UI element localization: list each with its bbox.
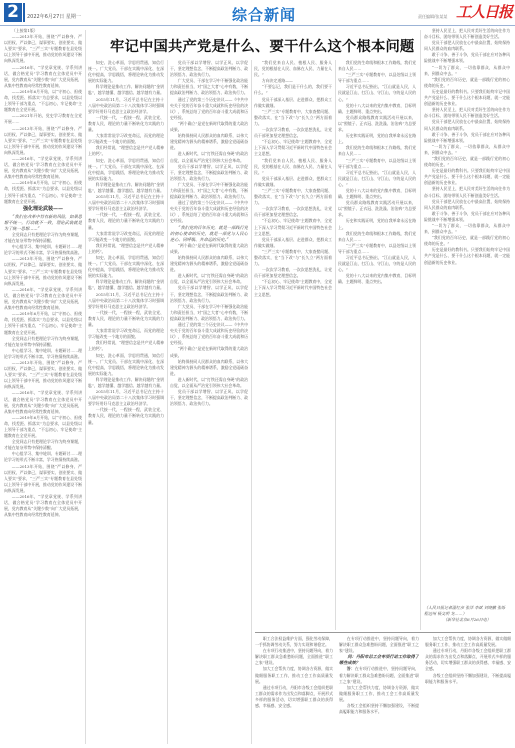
- paragraph: 党员群众路线教育实践活动开展以来，以“照镜子、正衣冠、洗洗澡、治治病”为总要求。: [338, 115, 416, 133]
- paragraph: “两个确立”是党在新时代取得的重大政治成果。: [170, 243, 248, 255]
- article-byline: （人民日报记者温红彦 张洋 李斌 刘晓鹏 张烁 程远州 杨文明 龙……） （新华…: [424, 605, 510, 623]
- paragraph: 通过了党的第三个历史决议——《中共中央关于党的百年奋斗重大成就和历史经验的决议》…: [170, 322, 248, 346]
- paragraph: 全党同志只有把理论学习作为终身课题，才能在复杂形势中保持清醒。: [4, 336, 82, 348]
- paragraph: 敢于斗争、善于斗争，党员干部在应对各种风险挑战中不断增强本领。: [424, 52, 510, 64]
- paragraph: 2015年11月，习近平总书记在主持十八届中央政治局第二十八次集体学习时强调要学…: [88, 389, 164, 407]
- paragraph: 科学理论是推动工作、解决问题的“金钥匙”，越学越懂、越学越信、越学越有力量。: [88, 377, 164, 389]
- interview-column-1: 职工合法权益维护方面，强化劳动保障，一手抓协调劳动关系，努力实现和谐稳定。 在专…: [255, 636, 333, 744]
- paragraph: 历史是最好的教科书。只要我们始终牢记中国共产党是什么、要干什么这个根本问题，就一…: [424, 247, 510, 265]
- paragraph: ——2016年，“学党章党规、学系列讲话，做合格党员”学习教育在全体党员中开展，…: [4, 65, 82, 89]
- paragraph: 党员干部把人民放在心中最高位置，始终保持同人民群众的血肉联系。: [424, 40, 510, 52]
- subheading: 强化理论武装——: [4, 205, 82, 214]
- paragraph: ——2019年6月开始，以“守初心、担使命，找差距、抓落实”为总要求，以县处级以…: [4, 415, 82, 439]
- paragraph: 一代接一代，一程接一程，武装全党、教育人民，理论的力量不断转化为实践的力量。: [88, 310, 164, 328]
- paragraph: 各级工会组织坚持不懈加强建设，不断提高履职能力和服务水平。: [425, 673, 511, 685]
- paragraph: 通过专项行动，丹阳市各级工会组织把职工群众的需求作为出发点和落脚点，开展形式多样…: [425, 648, 511, 672]
- paragraph: “两个确立”是党在新时代取得的重大政治成果。: [170, 121, 248, 133]
- paragraph: 一代接一代，一程接一程，武装全党、教育人民，理论的力量不断转化为实践的力量。: [88, 212, 164, 230]
- paragraph: “两个确立”是党在新时代取得的重大政治成果。: [170, 346, 248, 358]
- paragraph: 大家常常说学习改变命运，而党的理论学习能改变一个地方的面貌。: [88, 133, 164, 145]
- paragraph: 党员群众路线教育实践活动开展以来，以“照镜子、正衣冠、洗洗澡、治治病”为总要求。: [338, 200, 416, 218]
- newspaper-logo: 工人日报: [456, 1, 512, 22]
- paragraph: 加大工会帮扶力度，协调各方资源，做实做细服务职工工作，推动工会工作高质量发展。: [425, 636, 511, 648]
- paragraph: 党员干部深入基层、走进群众，把群众工作做实做细。: [254, 237, 332, 249]
- paragraph: 广大党员、干部在学习中不断强化政治能力和责任担当，对“国之大者”心中有数，不断提…: [170, 78, 248, 96]
- paragraph: 始终保持同人民群众的血肉联系，以伟大建党精神为源头的精神谱系，激励全党砥砺奋进。: [170, 359, 248, 377]
- paragraph: “一切为了群众，一切依靠群众，从群众中来，到群众中去。”: [424, 65, 510, 77]
- article-column-6: 坚持人民至上，把人民对美好生活的向往作为奋斗目标，团结带领人民不断创造美好生活。…: [424, 28, 510, 603]
- paragraph: 党员干部以学增智、以学正风、以学促干，坚定理想信念，不断提高政治判断力、政治领悟…: [170, 285, 248, 303]
- paragraph: 党员干部把人民放在心中最高位置，始终保持同人民群众的血肉联系。: [424, 199, 510, 211]
- paragraph: 我们党的生命线和根本工作路线，我们党来自人民……: [338, 231, 416, 243]
- paragraph: 中心组学习、集中轮训、专题研讨……理论学习的形式不断丰富，学习热情持续高涨。: [4, 244, 82, 256]
- paragraph: 习近平总书记指出，“江山就是人民，人民就是江山，打江山、守江山，守的是人民的心。…: [338, 255, 416, 273]
- paragraph: 科学理论是推动工作、解决问题的“金钥匙”，越学越懂、越学越信、越学越有力量。: [88, 84, 164, 96]
- paragraph: 敢于斗争、善于斗争，党员干部在应对各种风险挑战中不断增强本领。: [424, 132, 510, 144]
- pull-quote: “我们在改革中将有新的风险，如果思想不统一，行动就不一致，理论武装就是为了统一思…: [4, 214, 82, 232]
- paragraph: ——2013年开始，围绕“严以修身、严以用权、严以律己，谋事要实、创业要实、做人…: [4, 34, 82, 64]
- paragraph: “不忘初心、牢记使命”主题教育中，全党上下深入学习贯彻习近平新时代中国特色社会主…: [254, 139, 332, 157]
- paragraph: 大家常常说学习改变命运，而党的理论学习能改变一个地方的面貌。: [88, 328, 164, 340]
- paragraph: 知史、洗心革面，学思用贯通，知信行统一。广大党员、干部在实践中深化、在深化中提高…: [88, 60, 164, 84]
- paragraph: 坚持人民至上，把人民对美好生活的向往作为奋斗目标，团结带领人民不断创造美好生活。: [424, 186, 510, 198]
- paragraph: ——2019年6月开始，以“守初心、担使命，找差距、抓落实”为总要求，以县处级以…: [4, 180, 82, 204]
- paragraph: 历史是最好的教科书。只要我们始终牢记中国共产党是什么、要干什么这个根本问题，就一…: [424, 89, 510, 107]
- paragraph: 进入新时代，以“打铁还需自身硬”的政治自觉，以全面从严治党引领伟大社会革命。: [170, 273, 248, 285]
- paragraph: 广大党员、干部在学习中不断强化政治能力和责任担当，对“国之大者”心中有数，不断提…: [170, 304, 248, 322]
- column-divider: [420, 30, 421, 630]
- interview-section: 职工合法权益维护方面，强化劳动保障，一手抓协调劳动关系，努力实现和谐稳定。 在专…: [255, 636, 511, 744]
- paragraph: 我们经常说，“理想信念是共产党人精神上的钙”。: [88, 145, 164, 157]
- paragraph: “三严三实”专题教育中，以县处级以上领导干部为重点……: [338, 158, 416, 170]
- paragraph: 党的十八大以来的党内集中教育，目标明确、主题鲜明、重点突出。: [338, 103, 416, 115]
- paragraph: “我们党来自人民、植根人民、服务人民，党的根基在人民、血脉在人民、力量在人民。”: [254, 60, 332, 78]
- news-source: （新华社北京6月26日电）: [424, 617, 510, 623]
- article-column-2: 知史、洗心革面，学思用贯通，知信行统一。广大党员、干部在实践中深化、在深化中提高…: [88, 60, 164, 744]
- paragraph: 党员干部以学增智、以学正风、以学促干，坚定理想信念，不断提高政治判断力、政治领悟…: [170, 164, 248, 182]
- paragraph: 知史、洗心革面，学思用贯通，知信行统一。广大党员、干部在实践中深化、在深化中提高…: [88, 158, 164, 182]
- paragraph: 党的十八大以来的党内集中教育，目标明确、主题鲜明、重点突出。: [338, 188, 416, 200]
- paragraph: “我们党的百年历史，就是一部践行党的初心使命的历史。”: [424, 156, 510, 168]
- paragraph: “一切为了群众，一切依靠群众，从群众中来，到群众中去。”: [424, 223, 510, 235]
- paragraph: 科学理论是推动工作、解决问题的“金钥匙”，越学越懂、越学越信、越学越有力量。: [88, 279, 164, 291]
- paragraph: 职工合法权益维护方面，强化劳动保障，一手抓协调劳动关系，努力实现和谐稳定。: [255, 636, 333, 648]
- paragraph: 在专项行动推进中，坚持问题导向，着力解决职工群众急难愁盼问题，全面推进“职工之家…: [339, 636, 419, 654]
- paragraph: 2015年11月，习近平总书记在主持十八届中央政治局第二十八次集体学习时强调要学…: [88, 97, 164, 115]
- paragraph: “三严三实”专题教育中，以县处级以上领导干部为重点……: [338, 72, 416, 84]
- paragraph: 一次次学习教育，一次次思想洗礼，让党员干部更加坚定理想信念。: [254, 267, 332, 279]
- paragraph: 我们经常说，“理想信念是共产党人精神上的钙”。: [88, 340, 164, 352]
- editor-credit: 责任编辑/张某某: [418, 14, 447, 20]
- paragraph: 进入新时代，以“打铁还需自身硬”的政治自觉，以全面从严治党引领伟大社会革命。: [170, 151, 248, 163]
- paragraph: 党的十八大以来的党内集中教育，目标明确、主题鲜明、重点突出。: [338, 273, 416, 285]
- paragraph: 党员干部深入基层、走进群众，把群众工作做实做细。: [254, 97, 332, 109]
- paragraph: 一次次学习教育，一次次思想洗礼，让党员干部更加坚定理想信念。: [254, 127, 332, 139]
- column-divider: [167, 60, 168, 744]
- paragraph: 知史、洗心革面，学思用贯通，知信行统一。广大党员、干部在实践中深化、在深化中提高…: [88, 255, 164, 279]
- paragraph: 各级工会组织坚持不懈加强建设，不断提高履职能力和服务水平。: [339, 703, 419, 715]
- paragraph: 全党同志只有把理论学习作为终身课题，才能在复杂形势中保持清醒。: [4, 439, 82, 451]
- paragraph: 在专项行动推进中，坚持问题导向，着力解决职工群众急难愁盼问题，全面推进“职工之家…: [255, 648, 333, 666]
- paragraph: “不要忘记，我们是干什么的，我们要干什么。”: [254, 84, 332, 96]
- paragraph: 通过专项行动，丹阳市各级工会组织把职工群众的需求作为出发点和落脚点，开展形式多样…: [255, 685, 333, 709]
- paragraph: ——2016年，“学党章党规、学系列讲话，做合格党员”学习教育在全体党员中开展，…: [4, 287, 82, 311]
- paragraph: 敢于斗争、善于斗争，党员干部在应对各种风险挑战中不断增强本领。: [424, 211, 510, 223]
- paragraph: “三严三实”专题教育中，以县处级以上领导干部为重点……: [338, 243, 416, 255]
- page-number-bar: [23, 3, 25, 22]
- paragraph: 我们党的生命线和根本工作路线，我们党来自人民……: [338, 60, 416, 72]
- paragraph: 习近平总书记指出，“江山就是人民，人民就是江山，打江山、守江山，守的是人民的心。…: [338, 170, 416, 188]
- paragraph: 党员干部以学增智、以学正风、以学促干，坚定理想信念，不断提高政治判断力、政治领悟…: [170, 60, 248, 78]
- paragraph: “三严三实”专题教育中，大家查摆问题、整改落实，在“当下改”与“长久立”两方面着…: [254, 109, 332, 127]
- paragraph: 加大工会帮扶力度，协调各方资源，做实做细服务职工工作，推动工会工作高质量发展。: [255, 666, 333, 684]
- paragraph: 科学理论是推动工作、解决问题的“金钥匙”，越学越懂、越学越信、越学越有力量。: [88, 182, 164, 194]
- paragraph: 党员干部深入基层、走进群众，把群众工作做实做细。: [254, 176, 332, 188]
- paragraph: 中心组学习、集中轮训、专题研讨……理论学习的形式不断丰富，学习热情持续高涨。: [4, 348, 82, 360]
- paragraph: “三严三实”专题教育中，大家查摆问题、整改落实，在“当下改”与“长久立”两方面着…: [254, 249, 332, 267]
- column-divider: [251, 60, 252, 744]
- paragraph: “不忘初心、牢记使命”主题教育中，全党上下深入学习贯彻习近平新时代中国特色社会主…: [254, 218, 332, 236]
- paragraph: 进入新时代，以“打铁还需自身硬”的政治自觉，以全面从严治党引领伟大社会革命。: [170, 377, 248, 389]
- paragraph: 历史和实践证明，党的自我革命永远在路上。: [338, 218, 416, 230]
- paragraph: “我们党的百年历史，就是一部践行党的初心使命的历史。”: [424, 77, 510, 89]
- paragraph: ——2016年，“学党章党规、学系列讲话，做合格党员”学习教育在全体党员中开展，…: [4, 156, 82, 180]
- paragraph: “我们党的百年历史，就是一部践行党的初心使命的历史。”: [424, 235, 510, 247]
- paragraph: 一代接一代，一程接一程，武装全党、教育人民，理论的力量不断转化为实践的力量。: [88, 115, 164, 133]
- section-title: 综合新闻: [232, 4, 296, 25]
- page-number: 2: [4, 3, 22, 22]
- interview-column-2: 在专项行动推进中，坚持问题导向，着力解决职工群众急难愁盼问题，全面推进“职工之家…: [339, 636, 419, 744]
- page-masthead: 2 2022年6月27日 星期一 综合新闻 责任编辑/张某某 工人日报: [0, 0, 515, 26]
- issue-date: 2022年6月27日 星期一: [27, 13, 81, 20]
- section-divider: [255, 632, 511, 633]
- paragraph: “一切为了群众，一切依靠群众，从群众中来，到群众中去。”: [424, 144, 510, 156]
- paragraph: 知史、洗心革面，学思用贯通，知信行统一。广大党员、干部在实践中深化、在深化中提高…: [88, 353, 164, 377]
- paragraph: 2015年11月，习近平总书记在主持十八届中央政治局第二十八次集体学习时强调要学…: [88, 292, 164, 310]
- paragraph: 一次次学习教育，一次次思想洗礼，让党员干部更加坚定理想信念。: [254, 206, 332, 218]
- paragraph: 加大工会帮扶力度，协调各方资源，做实做细服务职工工作，推动工会工作高质量发展。: [339, 685, 419, 703]
- paragraph: 党员干部以学增智、以学正风、以学促干，坚定理想信念，不断提高政治判断力、政治领悟…: [170, 389, 248, 407]
- paragraph: “不忘初心、牢记使命”主题教育中，全党上下深入学习贯彻习近平新时代中国特色社会主…: [254, 279, 332, 297]
- paragraph: 坚持人民至上，把人民对美好生活的向往作为奋斗目标，团结带领人民不断创造美好生活。: [424, 28, 510, 40]
- paragraph: 中心组学习、集中轮训、专题研讨……理论学习的形式不断丰富，学习热情持续高涨。: [4, 451, 82, 463]
- paragraph: 我们经常说，“理想信念是共产党人精神上的钙”。: [88, 243, 164, 255]
- paragraph: ——2016年，“学党章党规、学系列讲话，做合格党员”学习教育在全体党员中开展，…: [4, 494, 82, 518]
- paragraph: ——2013年开始，围绕“严以修身、严以用权、严以律己，谋事要实、创业要实、做人…: [4, 256, 82, 286]
- paragraph: “三严三实”专题教育中，大家查摆问题、整改落实，在“当下改”与“长久立”两方面着…: [254, 188, 332, 206]
- paragraph: ——2016年，“学党章党规、学系列讲话，做合格党员”学习教育在全体党员中开展，…: [4, 390, 82, 414]
- paragraph: 党员干部把人民放在心中最高位置，始终保持同人民群众的血肉联系。: [424, 119, 510, 131]
- paragraph: 坚持人民至上，把人民对美好生活的向往作为奋斗目标，团结带领人民不断创造美好生活。: [424, 107, 510, 119]
- paragraph: 一代接一代，一程接一程，武装全党、教育人民，理论的力量不断转化为实践的力量。: [88, 407, 164, 425]
- article-column-1: （上接第1版） ——2013年开始，围绕“严以修身、严以用权、严以律己，谋事要实…: [4, 28, 82, 744]
- answer-label: 答：: [347, 666, 355, 671]
- paragraph: 广大党员、干部在学习中不断强化政治能力和责任担当，对“国之大者”心中有数，不断提…: [170, 182, 248, 200]
- article-column-5: 我们党的生命线和根本工作路线，我们党来自人民…… “三严三实”专题教育中，以县处…: [338, 60, 416, 630]
- article-column-3: 党员干部以学增智、以学正风、以学促干，坚定理想信念，不断提高政治判断力、政治领悟…: [170, 60, 248, 744]
- paragraph: 通过了党的第三个历史决议——《中共中央关于党的百年奋斗重大成就和历史经验的决议》…: [170, 97, 248, 121]
- reporter-list: （人民日报记者温红彦 张洋 李斌 刘晓鹏 张烁 程远州 杨文明 龙……）: [424, 605, 510, 617]
- paragraph: ——2021年开始，党史学习教育在全党开展……: [4, 113, 82, 125]
- paragraph: 历史是最好的教科书。只要我们始终牢记中国共产党是什么、要干什么这个根本问题，就一…: [424, 168, 510, 186]
- paragraph: ——2013年开始，围绕“严以修身、严以用权、严以律己，谋事要实、创业要实、做人…: [4, 464, 82, 494]
- paragraph: ——2013年开始，围绕“严以修身、严以用权、严以律己，谋事要实、创业要实、做人…: [4, 360, 82, 390]
- paragraph: 历史和实践证明，党的自我革命永远在路上。: [338, 133, 416, 145]
- column-divider: [335, 60, 336, 630]
- paragraph: 通过了党的第三个历史决议——《中共中央关于党的百年奋斗重大成就和历史经验的决议》…: [170, 200, 248, 224]
- paragraph: 始终保持同人民群众的血肉联系，以伟大建党精神为源头的精神谱系，激励全党砥砺奋进。: [170, 255, 248, 273]
- paragraph: 全党同志只有把理论学习作为终身课题，才能在复杂形势中保持清醒。: [4, 232, 82, 244]
- article-headline: 牢记中国共产党是什么、要干什么这个根本问题: [110, 36, 414, 56]
- pull-quote: “我们党的百年历史，就是一部践行党的初心使命的历史，就是一部党与人民心连心、同呼…: [170, 225, 248, 243]
- paragraph: 始终保持同人民群众的血肉联系，以伟大建党精神为源头的精神谱系，激励全党砥砺奋进。: [170, 133, 248, 151]
- paragraph: ——2019年6月开始，以“守初心、担使命，找差距、抓落实”为总要求，以县处级以…: [4, 311, 82, 335]
- paragraph: 2015年11月，习近平总书记在主持十八届中央政治局第二十八次集体学习时强调要学…: [88, 194, 164, 212]
- paragraph: 习近平总书记指出，“江山就是人民，人民就是江山，打江山、守江山，守的是人民的心。…: [338, 84, 416, 102]
- paragraph: 我们党的生命线和根本工作路线，我们党来自人民……: [338, 145, 416, 157]
- paragraph: ——2019年6月开始，以“守初心、担使命，找差距、抓落实”为总要求，以县处级以…: [4, 89, 82, 113]
- interview-column-3: 加大工会帮扶力度，协调各方资源，做实做细服务职工工作，推动工会工作高质量发展。 …: [425, 636, 511, 744]
- paragraph: “我们党来自人民、植根人民、服务人民，党的根基在人民、血脉在人民、力量在人民。”: [254, 158, 332, 176]
- article-column-4: “我们党来自人民、植根人民、服务人民，党的根基在人民、血脉在人民、力量在人民。”…: [254, 60, 332, 632]
- paragraph: ——2013年开始，围绕“严以修身、严以用权、严以律己，谋事要实、创业要实、做人…: [4, 126, 82, 156]
- paragraph: 大家常常说学习改变命运，而党的理论学习能改变一个地方的面貌。: [88, 231, 164, 243]
- column-divider: [85, 30, 86, 744]
- interview-question: 问：丹阳市总工会专项行动工作取得了哪些成效？: [339, 654, 419, 666]
